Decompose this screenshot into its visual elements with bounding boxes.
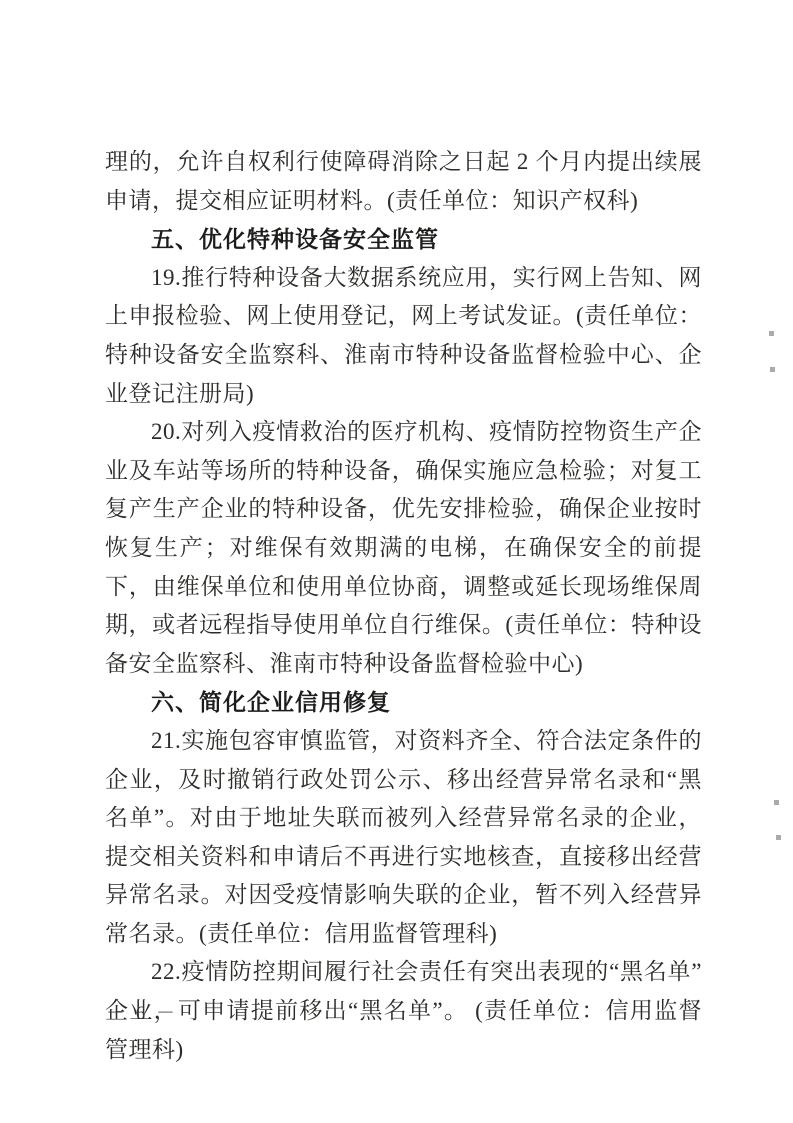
section-heading: 六、简化企业信用修复 xyxy=(105,683,702,722)
document-page: 理的，允许自权利行使障碍消除之日起 2 个月内提出续展申请，提交相应证明材料。(… xyxy=(0,0,793,1123)
paragraph: 19.推行特种设备大数据系统应用，实行网上告知、网上申报检验、网上使用登记，网上… xyxy=(105,259,702,413)
scan-artifact xyxy=(770,367,775,372)
paragraph: 22.疫情防控期间履行社会责任有突出表现的“黑名单”企业，可申请提前移出“黑名单… xyxy=(105,953,702,1069)
document-body: 理的，允许自权利行使障碍消除之日起 2 个月内提出续展申请，提交相应证明材料。(… xyxy=(105,143,702,1069)
paragraph: 理的，允许自权利行使障碍消除之日起 2 个月内提出续展申请，提交相应证明材料。(… xyxy=(105,143,702,220)
scan-artifact xyxy=(769,331,774,336)
section-heading: 五、优化特种设备安全监管 xyxy=(105,220,702,259)
scan-artifact xyxy=(776,835,781,840)
paragraph: 20.对列入疫情救治的医疗机构、疫情防控物资生产企业及车站等场所的特种设备，确保… xyxy=(105,413,702,683)
page-number: － 6 － xyxy=(106,998,178,1025)
paragraph: 21.实施包容审慎监管，对资料齐全、符合法定条件的企业，及时撤销行政处罚公示、移… xyxy=(105,722,702,954)
scan-artifact xyxy=(774,800,779,805)
